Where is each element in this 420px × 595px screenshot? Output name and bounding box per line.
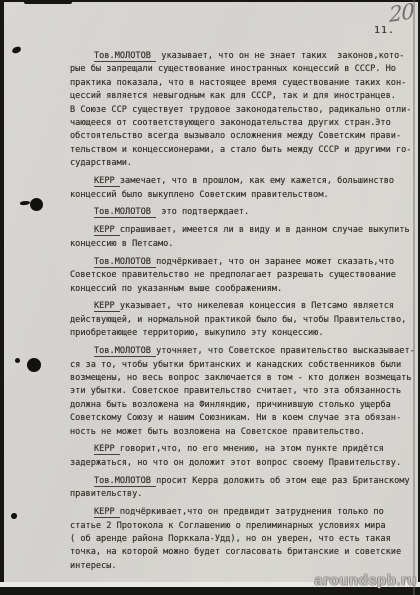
text-line: концессий по указанным выше соображениям… — [70, 283, 415, 296]
text-line: ность не может быть возложена на Советск… — [70, 426, 415, 439]
speaker-name: КЕРР — [94, 507, 120, 518]
speech-text: уточняет, что Советское правительство вы… — [156, 346, 415, 356]
speech-text: это подтверждает. — [156, 207, 249, 217]
speaker-name: КЕРР — [94, 176, 120, 187]
scanned-document-page: 20 11. Тов.МОЛОТОВ указывает, что он не … — [0, 0, 420, 595]
ink-blot — [15, 358, 20, 363]
speech-text: подчёркивает,что он предвидит затруднени… — [120, 507, 384, 517]
text-line: Тов.МОЛОТОВ указывает, что он не знает т… — [70, 50, 415, 63]
text-line: точка, на которой можно будет согласоват… — [70, 546, 415, 559]
paragraph: Тов.МОЛОТОВ просит Керра доложить об это… — [70, 475, 415, 502]
text-line: рые бы запрещали существование иностранн… — [70, 63, 415, 76]
paragraph: КЕРР спрашивает, имеется ли в виду и в д… — [70, 224, 415, 251]
text-line: ( об аренде района Порккала-Удд), но он … — [70, 533, 415, 546]
speaker-name: Тов.МОЛОТОВ — [94, 476, 156, 487]
speech-text: указывает, что никелевая концессия в Пет… — [120, 301, 394, 311]
handwritten-archive-number: 20 — [389, 0, 414, 27]
text-line: эти убытки. Советское правительство счит… — [70, 385, 415, 398]
text-line: правительству. — [70, 488, 415, 501]
paragraph: Тов.МОЛОТОВ уточняет, что Советское прав… — [70, 345, 415, 439]
ink-blot — [20, 200, 30, 205]
speech-text: подчёркивает, что он заранее может сказа… — [156, 257, 394, 267]
ink-blot — [30, 198, 43, 211]
text-line: Тов.МОЛОТОВ уточняет, что Советское прав… — [70, 345, 415, 358]
text-line: КЕРР подчёркивает,что он предвидит затру… — [70, 506, 415, 519]
speaker-name: Тов.МОЛОТОВ — [94, 51, 156, 62]
document-body: Тов.МОЛОТОВ указывает, что он не знает т… — [70, 50, 415, 578]
text-line: концессий было выкуплено Советским прави… — [70, 189, 415, 202]
text-line: сударствами. — [70, 157, 415, 170]
speech-text: спрашивает, имеется ли в виду и в данном… — [120, 225, 410, 235]
text-line: практика показала, что в настоящее время… — [70, 77, 415, 90]
text-line: ся за то, чтобы убытки британских и кана… — [70, 359, 415, 372]
speech-text: замечает, что в прошлом, как ему кажется… — [120, 176, 394, 186]
speech-text: указывает, что он не знает таких законов… — [156, 51, 404, 61]
text-line: Тов.МОЛОТОВ это подтверждает. — [70, 206, 415, 219]
speaker-name: Тов.МОЛОТОВ — [94, 257, 156, 268]
paragraph: Тов.МОЛОТОВ подчёркивает, что он заранее… — [70, 256, 415, 296]
text-line: приобретающее территорию, выкупило эту к… — [70, 327, 415, 340]
speech-text: просит Керра доложить об этом еще раз Бр… — [156, 476, 410, 486]
text-line: Тов.МОЛОТОВ подчёркивает, что он заранее… — [70, 256, 415, 269]
paragraph: КЕРР указывает, что никелевая концессия … — [70, 300, 415, 340]
scan-edge-top-mark — [24, 0, 72, 4]
paragraph: Тов.МОЛОТОВ указывает, что он не знает т… — [70, 50, 415, 171]
text-line: чающееся от соответствующего законодател… — [70, 117, 415, 130]
text-line: КЕРР указывает, что никелевая концессия … — [70, 300, 415, 313]
text-line: должна быть возложена на Финляндию, прич… — [70, 399, 415, 412]
ink-blot — [11, 46, 21, 54]
speaker-name: Тов.МОЛОТОВ — [94, 207, 156, 218]
text-line: Советскому Союзу и нашим Союзникам. Ни в… — [70, 412, 415, 425]
text-line: Советское правительство не предполагает … — [70, 269, 415, 282]
paragraph: КЕРР подчёркивает,что он предвидит затру… — [70, 506, 415, 573]
scan-edge-left — [0, 0, 4, 595]
paragraph: КЕРР говорит,что, по его мнению, на этом… — [70, 443, 415, 470]
text-line: задержаться, но что он доложит этот вопр… — [70, 457, 415, 470]
text-line: КЕРР замечает, что в прошлом, как ему ка… — [70, 175, 415, 188]
speech-text: говорит,что, по его мнению, на этом пунк… — [120, 444, 384, 454]
text-line: Тов.МОЛОТОВ просит Керра доложить об это… — [70, 475, 415, 488]
paragraph: КЕРР замечает, что в прошлом, как ему ка… — [70, 175, 415, 202]
text-line: действующей, и нормальной практикой было… — [70, 314, 415, 327]
speaker-name: КЕРР — [94, 225, 120, 236]
text-line: КЕРР спрашивает, имеется ли в виду и в д… — [70, 224, 415, 237]
speaker-name: Тов.МОЛОТОВ — [94, 346, 156, 357]
speaker-name: КЕРР — [94, 444, 120, 455]
page-number: 11. — [374, 25, 395, 36]
text-line: возмещены, но весь вопрос заключается в … — [70, 372, 415, 385]
text-line: тельством и концессионерами, а стало быт… — [70, 144, 415, 157]
text-line: КЕРР говорит,что, по его мнению, на этом… — [70, 443, 415, 456]
paragraph: Тов.МОЛОТОВ это подтверждает. — [70, 206, 415, 219]
ink-blot — [27, 358, 41, 372]
text-line: обстоятельство всегда вызывало осложнени… — [70, 130, 415, 143]
text-line: В Союзе ССР существует трудовое законода… — [70, 104, 415, 117]
text-line: концессию в Петсамо. — [70, 238, 415, 251]
ink-blot — [11, 513, 17, 519]
text-line: статье 2 Протокола к Соглашению о прелим… — [70, 520, 415, 533]
speaker-name: КЕРР — [94, 301, 120, 312]
text-line: цессий является невыгодным как для СССР,… — [70, 90, 415, 103]
watermark: aroundspb.ru — [314, 572, 417, 589]
